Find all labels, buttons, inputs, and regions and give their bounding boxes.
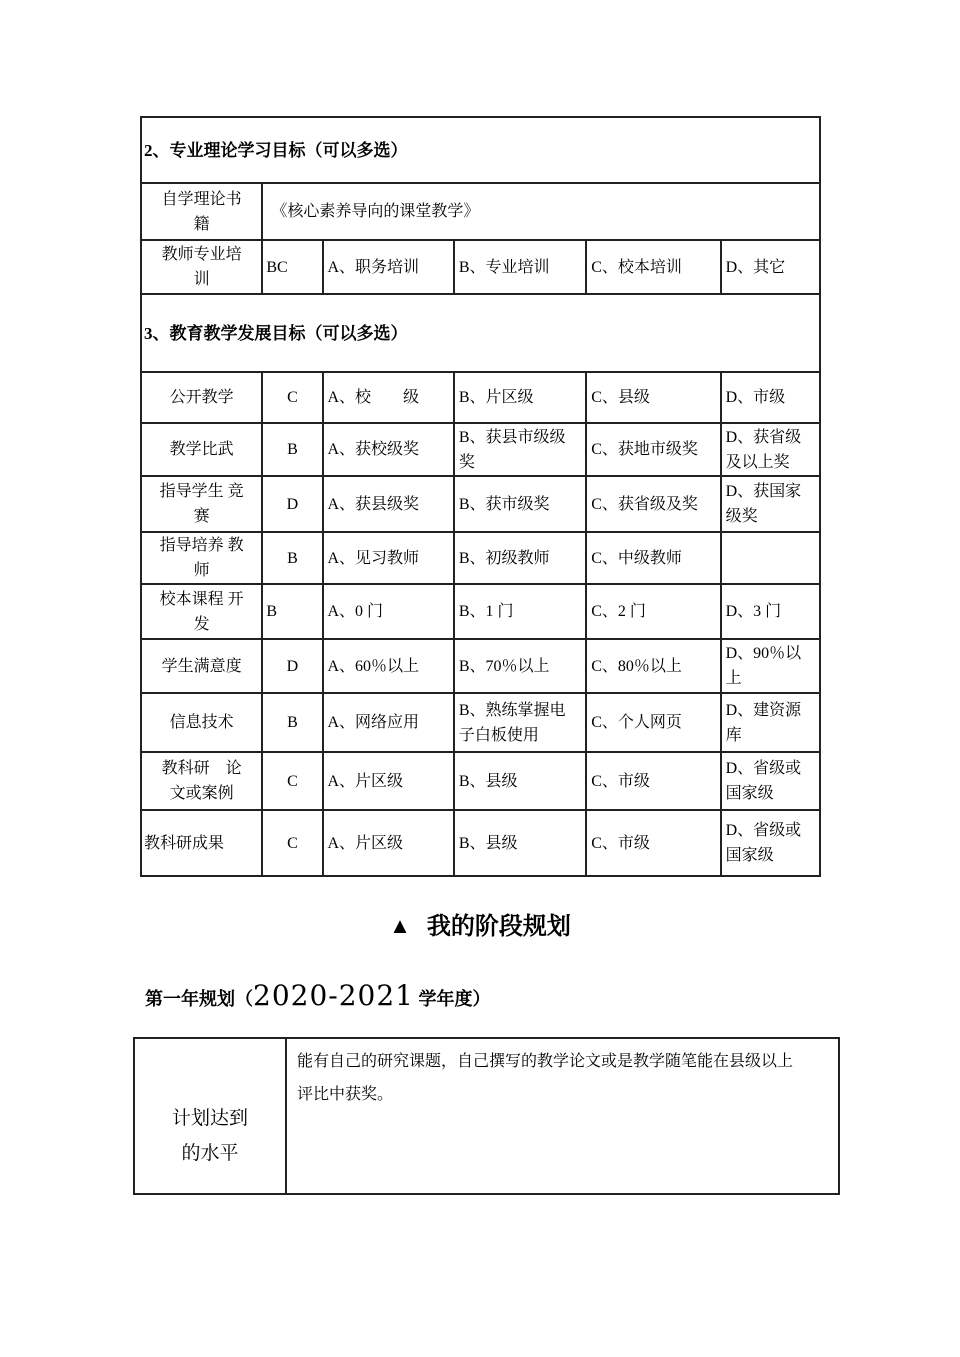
answer-cell: D [262, 639, 322, 693]
option-cell: A、网络应用 [323, 693, 454, 752]
option-cell: B、专业培训 [454, 240, 586, 294]
goal-row: 指导培养 教 师BA、见习教师B、初级教师C、中级教师 [141, 532, 820, 584]
plan-level-table-body: 计划达到 的水平 能有自己的研究课题，自己撰写的教学论文或是教学随笔能在县级以上… [134, 1038, 839, 1194]
answer-cell: BC [262, 240, 322, 294]
option-cell: D、省级或 国家级 [721, 752, 820, 810]
row-label: 学生满意度 [141, 639, 262, 693]
goal-row: 教学比武BA、获校级奖B、获县市级级 奖C、获地市级奖D、获省级 及以上奖 [141, 423, 820, 476]
plan-level-label: 计划达到 的水平 [134, 1038, 286, 1194]
section2-header-row: 2、专业理论学习目标（可以多选） [141, 117, 820, 183]
option-cell: B、片区级 [454, 372, 586, 423]
option-cell: D、建资源 库 [721, 693, 820, 752]
self-study-row: 自学理论书 籍《核心素养导向的课堂教学》 [141, 183, 820, 240]
option-cell: A、见习教师 [323, 532, 454, 584]
section3-header-row: 3、教育教学发展目标（可以多选） [141, 294, 820, 372]
option-cell: B、1 门 [454, 584, 586, 639]
option-cell: A、获县级奖 [323, 476, 454, 532]
stage-plan-heading: ▲我的阶段规划 [0, 908, 960, 945]
row-label: 教科研 论 文或案例 [141, 752, 262, 810]
goal-row: 公开教学CA、校 级B、片区级C、县级D、市级 [141, 372, 820, 423]
answer-cell: B [262, 532, 322, 584]
teacher-training-row: 教师专业培 训BCA、职务培训B、专业培训C、校本培训D、其它 [141, 240, 820, 294]
goal-row: 信息技术BA、网络应用B、熟练掌握电 子白板使用C、个人网页D、建资源 库 [141, 693, 820, 752]
option-cell: C、县级 [586, 372, 720, 423]
option-cell: B、获县市级级 奖 [454, 423, 586, 476]
plan-level-table: 计划达到 的水平 能有自己的研究课题，自己撰写的教学论文或是教学随笔能在县级以上… [133, 1037, 840, 1195]
goals-table-body: 2、专业理论学习目标（可以多选）自学理论书 籍《核心素养导向的课堂教学》教师专业… [141, 117, 820, 876]
option-cell: C、80％以上 [586, 639, 720, 693]
section2-title: 2、专业理论学习目标（可以多选） [141, 117, 820, 183]
option-cell: D、市级 [721, 372, 820, 423]
goal-row: 校本课程 开 发BA、0 门B、1 门C、2 门D、3 门 [141, 584, 820, 639]
answer-cell: B [262, 693, 322, 752]
goal-row: 学生满意度DA、60％以上B、70％以上C、80％以上D、90％以 上 [141, 639, 820, 693]
answer-cell: B [262, 584, 322, 639]
option-cell: D、3 门 [721, 584, 820, 639]
row-label: 自学理论书 籍 [141, 183, 262, 240]
option-cell: A、0 门 [323, 584, 454, 639]
goals-table: 2、专业理论学习目标（可以多选）自学理论书 籍《核心素养导向的课堂教学》教师专业… [140, 116, 821, 877]
option-cell: B、获市级奖 [454, 476, 586, 532]
book-title-cell: 《核心素养导向的课堂教学》 [262, 183, 820, 240]
stage-plan-title: 我的阶段规划 [427, 914, 571, 940]
answer-cell: C [262, 752, 322, 810]
option-cell: C、市级 [586, 810, 720, 876]
option-cell: C、获地市级奖 [586, 423, 720, 476]
goal-row: 指导学生 竞 赛DA、获县级奖B、获市级奖C、获省级及奖D、获国家 级奖 [141, 476, 820, 532]
section3-title: 3、教育教学发展目标（可以多选） [141, 294, 820, 372]
plan-level-content: 能有自己的研究课题，自己撰写的教学论文或是教学随笔能在县级以上 评比中获奖。 [286, 1038, 839, 1194]
year-plan-prefix: 第一年规划（ [145, 989, 253, 1009]
option-cell: A、职务培训 [323, 240, 454, 294]
option-cell: D、获省级 及以上奖 [721, 423, 820, 476]
year-plan-suffix: 学年度） [414, 989, 491, 1009]
option-cell: D、省级或 国家级 [721, 810, 820, 876]
first-year-plan-line: 第一年规划（2020-2021 学年度） [145, 979, 490, 1016]
option-cell: B、熟练掌握电 子白板使用 [454, 693, 586, 752]
row-label: 教科研成果 [141, 810, 262, 876]
goal-row: 教科研 论 文或案例CA、片区级B、县级C、市级D、省级或 国家级 [141, 752, 820, 810]
year-plan-years: 2020-2021 [253, 979, 414, 1012]
answer-cell: B [262, 423, 322, 476]
option-cell: C、2 门 [586, 584, 720, 639]
option-cell: B、初级教师 [454, 532, 586, 584]
goal-row: 教科研成果CA、片区级B、县级C、市级D、省级或 国家级 [141, 810, 820, 876]
row-label: 教学比武 [141, 423, 262, 476]
row-label: 指导培养 教 师 [141, 532, 262, 584]
option-cell: B、县级 [454, 810, 586, 876]
row-label: 教师专业培 训 [141, 240, 262, 294]
option-cell: A、片区级 [323, 752, 454, 810]
option-cell: D、90％以 上 [721, 639, 820, 693]
answer-cell: C [262, 810, 322, 876]
option-cell: B、70％以上 [454, 639, 586, 693]
option-cell: D、其它 [721, 240, 820, 294]
option-cell: D、获国家 级奖 [721, 476, 820, 532]
option-cell: C、市级 [586, 752, 720, 810]
option-cell: C、中级教师 [586, 532, 720, 584]
document-page: 2、专业理论学习目标（可以多选）自学理论书 籍《核心素养导向的课堂教学》教师专业… [0, 0, 960, 1357]
option-cell [721, 532, 820, 584]
option-cell: C、获省级及奖 [586, 476, 720, 532]
option-cell: A、片区级 [323, 810, 454, 876]
row-label: 校本课程 开 发 [141, 584, 262, 639]
row-label: 公开教学 [141, 372, 262, 423]
option-cell: B、县级 [454, 752, 586, 810]
plan-level-row: 计划达到 的水平 能有自己的研究课题，自己撰写的教学论文或是教学随笔能在县级以上… [134, 1038, 839, 1194]
row-label: 信息技术 [141, 693, 262, 752]
option-cell: A、校 级 [323, 372, 454, 423]
option-cell: C、校本培训 [586, 240, 720, 294]
option-cell: A、60％以上 [323, 639, 454, 693]
answer-cell: C [262, 372, 322, 423]
triangle-icon: ▲ [389, 913, 411, 938]
answer-cell: D [262, 476, 322, 532]
option-cell: A、获校级奖 [323, 423, 454, 476]
row-label: 指导学生 竞 赛 [141, 476, 262, 532]
option-cell: C、个人网页 [586, 693, 720, 752]
